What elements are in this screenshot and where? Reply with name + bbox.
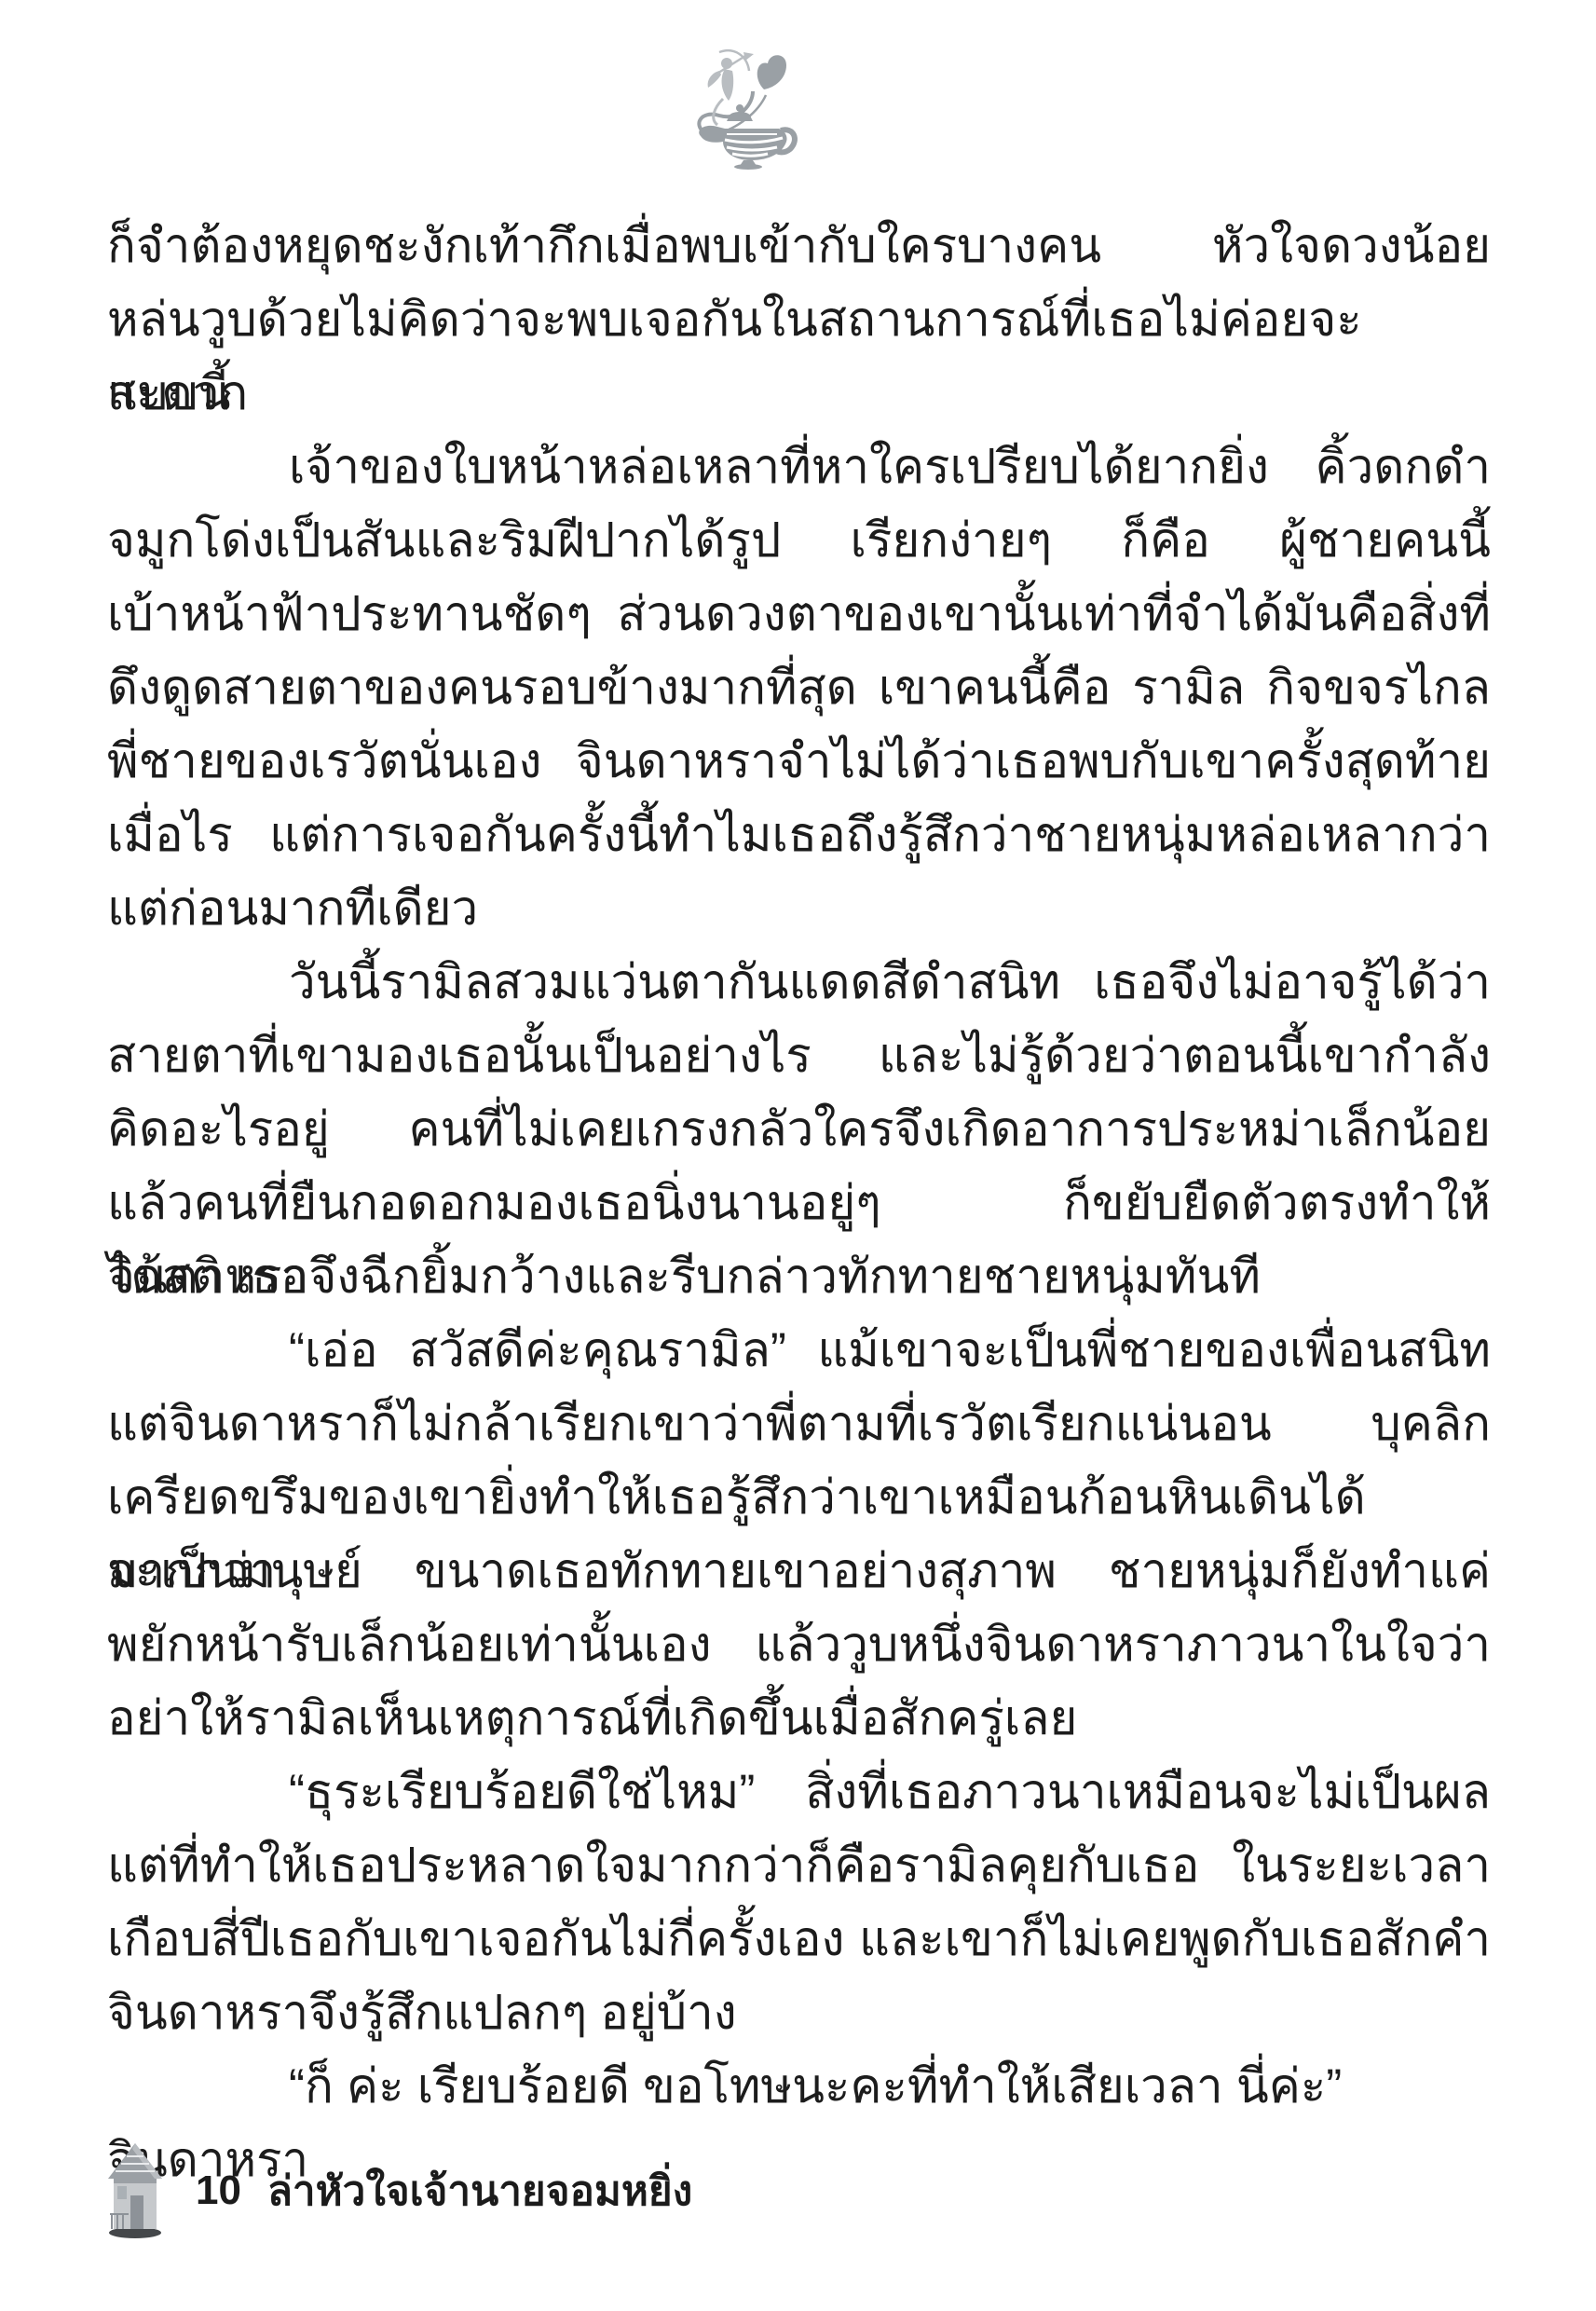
text-line: “ธุระเรียบร้อยดีใช่ไหม” สิ่งที่เธอภาวนาเ… bbox=[107, 1755, 1491, 1828]
ornament-svg bbox=[691, 47, 807, 171]
text-line: เกือบสี่ปีเธอกับเขาเจอกันไม่กี่ครั้งเอง … bbox=[107, 1902, 1491, 1976]
text-line: วันนี้รามิลสวมแว่นตากันแดดสีดำสนิท เธอจึ… bbox=[107, 945, 1491, 1019]
text-line: ดึงดูดสายตาของคนรอบข้างมากที่สุด เขาคนนี… bbox=[107, 650, 1491, 724]
text-line: อย่าให้รามิลเห็นเหตุการณ์ที่เกิดขึ้นเมื่… bbox=[107, 1681, 1491, 1755]
text-line: เมื่อไร แต่การเจอกันครั้งนี้ทำไมเธอถึงรู… bbox=[107, 798, 1491, 871]
text-line: ได้สติ เธอจึงฉีกยิ้มกว้างและรีบกล่าวทักท… bbox=[107, 1239, 1491, 1313]
house-svg bbox=[104, 2141, 166, 2240]
text-line: เจ้าของใบหน้าหล่อเหลาที่หาใครเปรียบได้ยา… bbox=[107, 430, 1491, 503]
text-line: เครียดขรึมของเขายิ่งทำให้เธอรู้สึกว่าเขา… bbox=[107, 1460, 1491, 1534]
cupid-genie-lamp-ornament-icon bbox=[691, 47, 807, 171]
text-line: จะเป็นมนุษย์ ขนาดเธอทักทายเขาอย่างสุภาพ … bbox=[107, 1534, 1491, 1607]
text-line: “ก็ ค่ะ เรียบร้อยดี ขอโทษนะคะที่ทำให้เสี… bbox=[107, 2049, 1491, 2123]
text-line: แล้วคนที่ยืนกอดอกมองเธอนิ่งนานอยู่ๆ ก็ขย… bbox=[107, 1166, 1491, 1239]
book-page: ก็จำต้องหยุดชะงักเท้ากึกเมื่อพบเข้ากับใค… bbox=[0, 0, 1596, 2311]
text-line: จินดาหราจึงรู้สึกแปลกๆ อยู่บ้าง bbox=[107, 1976, 1491, 2049]
house-icon bbox=[104, 2141, 166, 2240]
text-line: จมูกโด่งเป็นสันและริมฝีปากได้รูป เรียกง่… bbox=[107, 503, 1491, 577]
text-line: คิดอะไรอยู่ คนที่ไม่เคยเกรงกลัวใครจึงเกิ… bbox=[107, 1092, 1491, 1166]
text-line: แต่จินดาหราก็ไม่กล้าเรียกเขาว่าพี่ตามที่… bbox=[107, 1387, 1491, 1460]
text-line: พี่ชายของเรวัตนั่นเอง จินดาหราจำไม่ได้ว่… bbox=[107, 724, 1491, 798]
text-line: สายตาที่เขามองเธอนั้นเป็นอย่างไร และไม่ร… bbox=[107, 1019, 1491, 1092]
page-text: ก็จำต้องหยุดชะงักเท้ากึกเมื่อพบเข้ากับใค… bbox=[107, 209, 1491, 2123]
page-number: 10 bbox=[196, 2167, 241, 2214]
text-line: แต่ที่ทำให้เธอประหลาดใจมากกว่าก็คือรามิล… bbox=[107, 1828, 1491, 1902]
text-line: ก็จำต้องหยุดชะงักเท้ากึกเมื่อพบเข้ากับใค… bbox=[107, 209, 1491, 282]
text-line: เบ้าหน้าฟ้าประทานชัดๆ ส่วนดวงตาของเขานั้… bbox=[107, 577, 1491, 650]
text-line: หล่นวูบด้วยไม่คิดว่าจะพบเจอกันในสถานการณ… bbox=[107, 282, 1491, 356]
text-line: “เอ่อ สวัสดีค่ะคุณรามิล” แม้เขาจะเป็นพี่… bbox=[107, 1313, 1491, 1387]
text-line: แต่ก่อนมากทีเดียว bbox=[107, 871, 1491, 945]
page-footer: 10 ล่าหัวใจเจ้านายจอมหยิ่ง bbox=[104, 2141, 692, 2240]
text-line: พยักหน้ารับเล็กน้อยเท่านั้นเอง แล้ววูบหน… bbox=[107, 1607, 1491, 1681]
text-line: แบบนี้ bbox=[107, 356, 1491, 430]
book-title: ล่าหัวใจเจ้านายจอมหยิ่ง bbox=[267, 2158, 692, 2223]
